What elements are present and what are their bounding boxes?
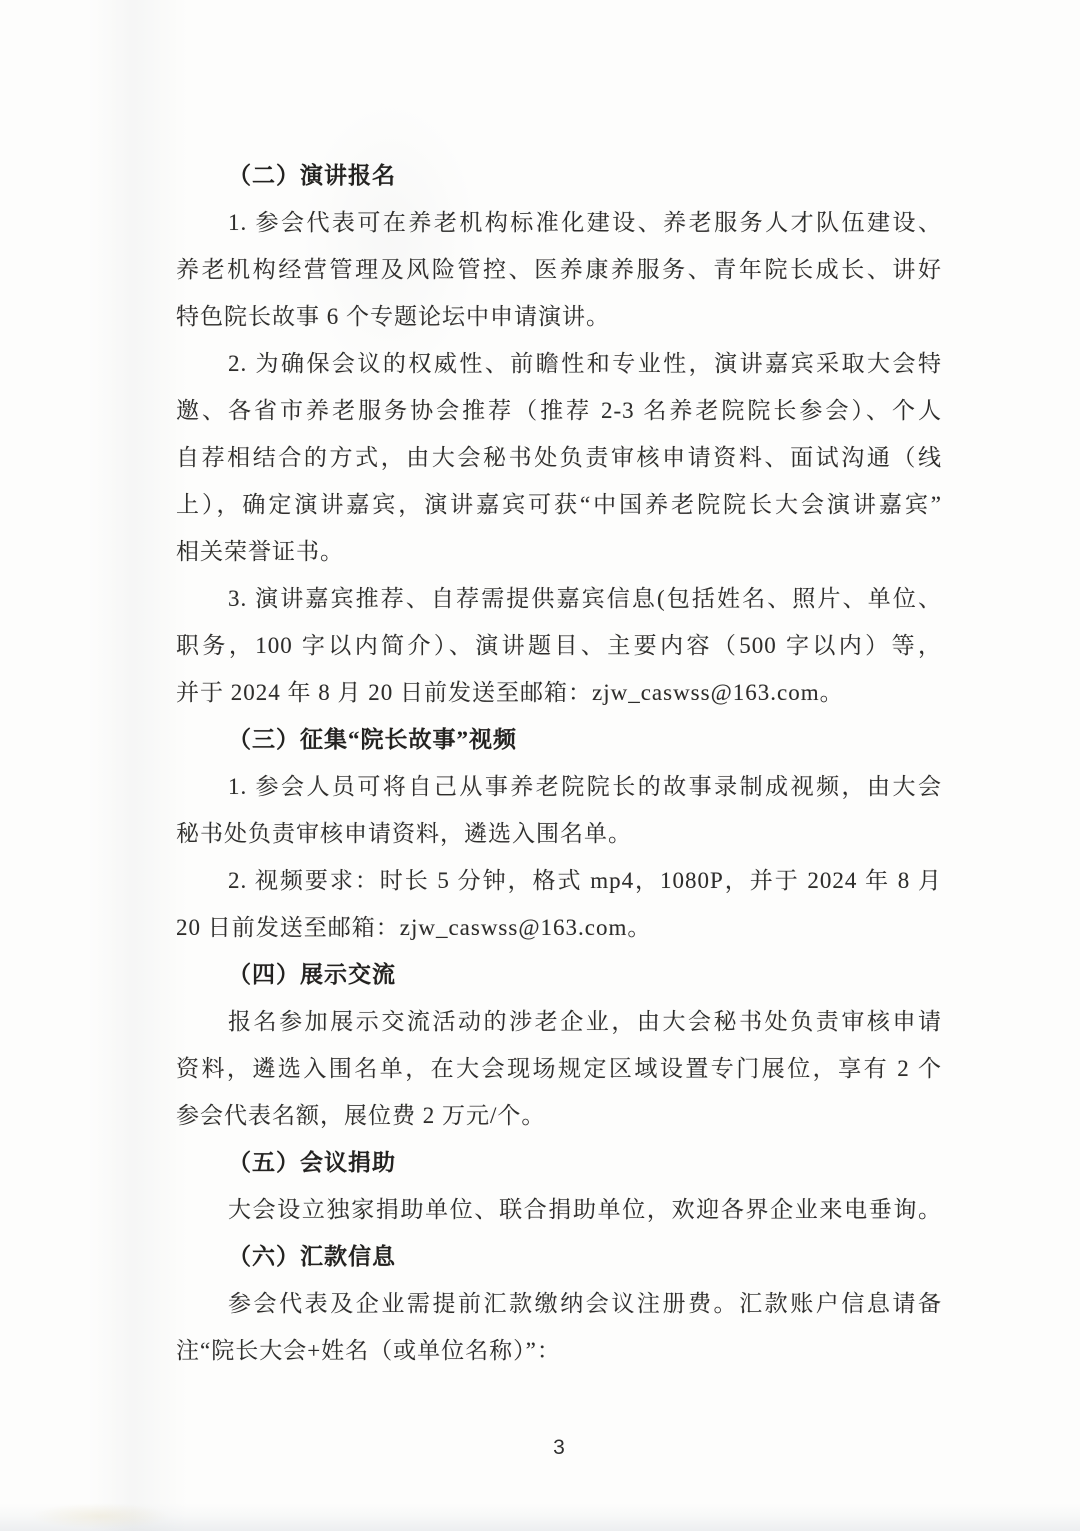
- text-line: 自荐相结合的方式，由大会秘书处负责审核申请资料、面试沟通（线: [176, 434, 942, 481]
- text-line: 大会设立独家捐助单位、联合捐助单位，欢迎各界企业来电垂询。: [176, 1186, 942, 1233]
- text-line: 资料，遴选入围名单，在大会现场规定区域设置专门展位，享有 2 个: [176, 1045, 942, 1092]
- paragraph: 1. 参会代表可在养老机构标准化建设、养老服务人才队伍建设、养老机构经营管理及风…: [176, 199, 942, 340]
- text-line: 1. 参会代表可在养老机构标准化建设、养老服务人才队伍建设、: [176, 199, 942, 246]
- paragraph: 3. 演讲嘉宾推荐、自荐需提供嘉宾信息(包括姓名、照片、单位、职务，100 字以…: [176, 575, 942, 716]
- scan-spot-bottomleft: [30, 1503, 170, 1529]
- section-heading: （六）汇款信息: [176, 1233, 942, 1280]
- text-line: （三）征集“院长故事”视频: [176, 716, 942, 763]
- text-line: 20 日前发送至邮箱：zjw_caswss@163.com。: [176, 904, 942, 951]
- paragraph: 报名参加展示交流活动的涉老企业，由大会秘书处负责审核申请资料，遴选入围名单，在大…: [176, 998, 942, 1139]
- document-body: （二）演讲报名1. 参会代表可在养老机构标准化建设、养老服务人才队伍建设、养老机…: [176, 152, 942, 1374]
- text-line: 参会代表名额，展位费 2 万元/个。: [176, 1092, 942, 1139]
- text-line: 1. 参会人员可将自己从事养老院院长的故事录制成视频，由大会: [176, 763, 942, 810]
- paragraph: 2. 视频要求：时长 5 分钟，格式 mp4，1080P，并于 2024 年 8…: [176, 857, 942, 951]
- paragraph: 参会代表及企业需提前汇款缴纳会议注册费。汇款账户信息请备注“院长大会+姓名（或单…: [176, 1280, 942, 1374]
- text-line: 报名参加展示交流活动的涉老企业，由大会秘书处负责审核申请: [176, 998, 942, 1045]
- scan-shadow-left: [88, 0, 188, 1531]
- section-heading: （四）展示交流: [176, 951, 942, 998]
- scan-shadow-bottom: [0, 1503, 1080, 1531]
- text-line: （五）会议捐助: [176, 1139, 942, 1186]
- text-line: 职务，100 字以内简介）、演讲题目、主要内容（500 字以内）等，: [176, 622, 942, 669]
- text-line: 邀、各省市养老服务协会推荐（推荐 2-3 名养老院院长参会）、个人: [176, 387, 942, 434]
- paragraph: 2. 为确保会议的权威性、前瞻性和专业性，演讲嘉宾采取大会特邀、各省市养老服务协…: [176, 340, 942, 575]
- text-line: （二）演讲报名: [176, 152, 942, 199]
- text-line: （六）汇款信息: [176, 1233, 942, 1280]
- text-line: （四）展示交流: [176, 951, 942, 998]
- text-line: 3. 演讲嘉宾推荐、自荐需提供嘉宾信息(包括姓名、照片、单位、: [176, 575, 942, 622]
- text-line: 2. 视频要求：时长 5 分钟，格式 mp4，1080P，并于 2024 年 8…: [176, 857, 942, 904]
- text-line: 参会代表及企业需提前汇款缴纳会议注册费。汇款账户信息请备: [176, 1280, 942, 1327]
- text-line: 秘书处负责审核申请资料，遴选入围名单。: [176, 810, 942, 857]
- page-number: 3: [176, 1434, 942, 1462]
- text-line: 并于 2024 年 8 月 20 日前发送至邮箱：zjw_caswss@163.…: [176, 669, 942, 716]
- text-line: 上），确定演讲嘉宾，演讲嘉宾可获“中国养老院院长大会演讲嘉宾”: [176, 481, 942, 528]
- text-line: 2. 为确保会议的权威性、前瞻性和专业性，演讲嘉宾采取大会特: [176, 340, 942, 387]
- paragraph: 1. 参会人员可将自己从事养老院院长的故事录制成视频，由大会秘书处负责审核申请资…: [176, 763, 942, 857]
- text-line: 养老机构经营管理及风险管控、医养康养服务、青年院长成长、讲好: [176, 246, 942, 293]
- paragraph: 大会设立独家捐助单位、联合捐助单位，欢迎各界企业来电垂询。: [176, 1186, 942, 1233]
- section-heading: （二）演讲报名: [176, 152, 942, 199]
- text-line: 相关荣誉证书。: [176, 528, 942, 575]
- section-heading: （五）会议捐助: [176, 1139, 942, 1186]
- text-line: 特色院长故事 6 个专题论坛中申请演讲。: [176, 293, 942, 340]
- section-heading: （三）征集“院长故事”视频: [176, 716, 942, 763]
- text-line: 注“院长大会+姓名（或单位名称）”：: [176, 1327, 942, 1374]
